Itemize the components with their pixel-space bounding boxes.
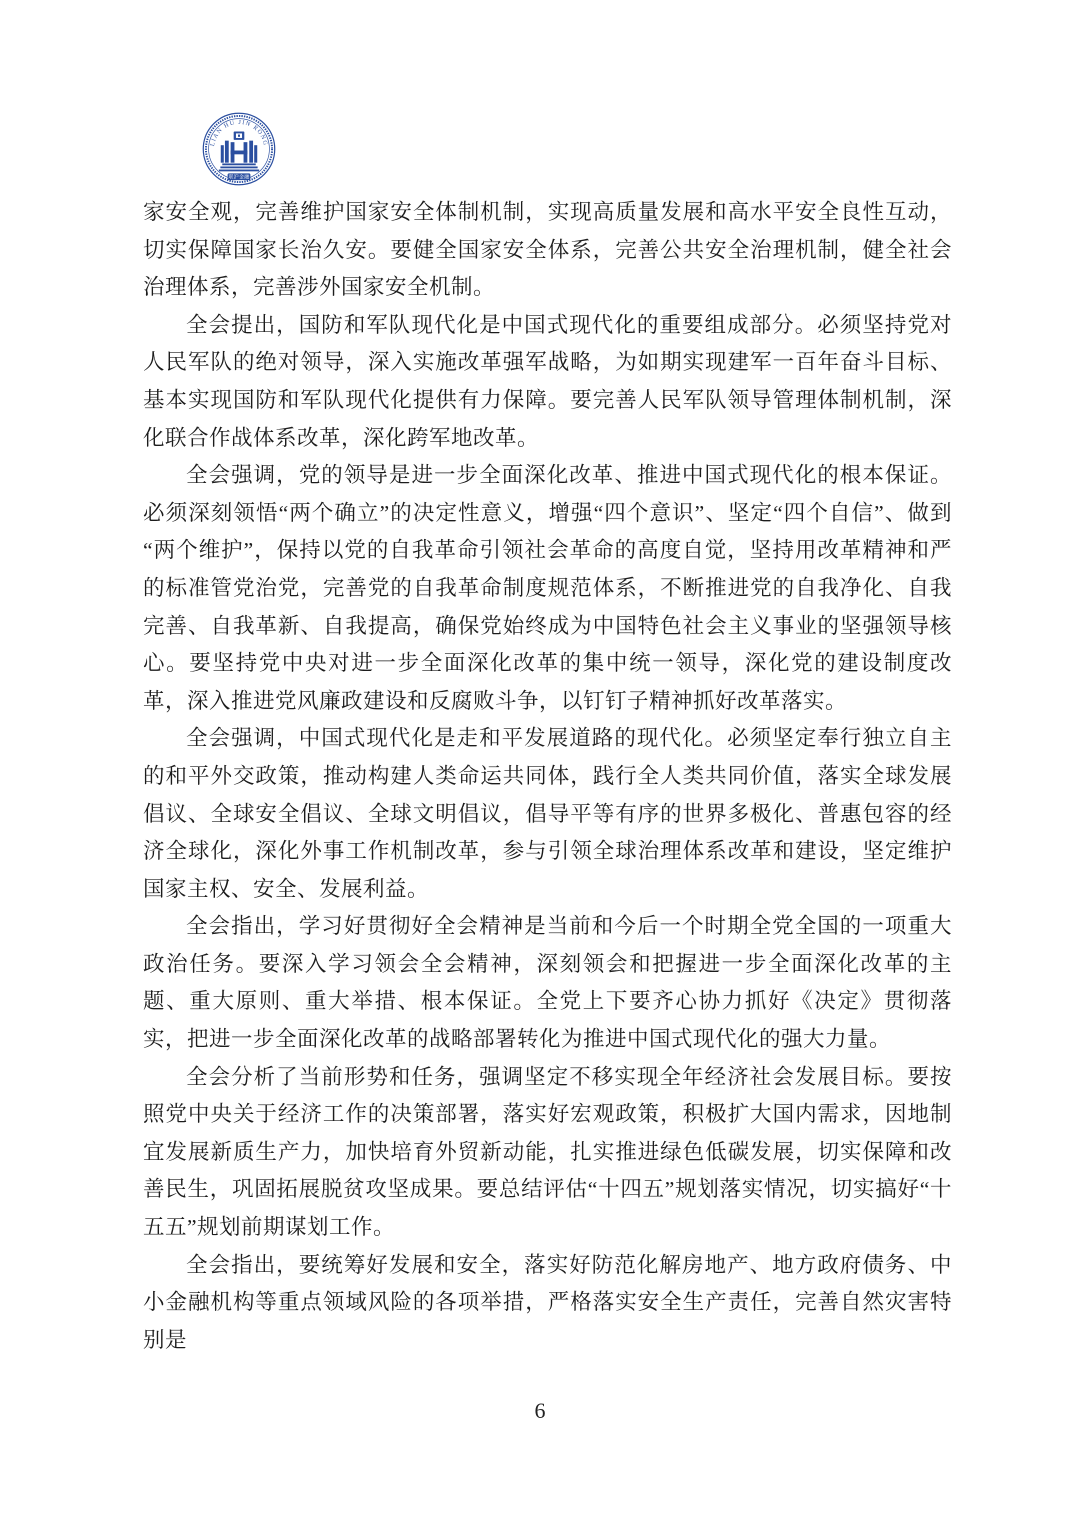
paragraph-continuation: 家安全观，完善维护国家安全体制机制，实现高质量发展和高水平安全良性互动，切实保障… — [143, 194, 952, 307]
paragraph-development-security: 全会指出，要统筹好发展和安全，落实好防范化解房地产、地方政府债务、中小金融机构等… — [143, 1247, 952, 1360]
document-body: 家安全观，完善维护国家安全体制机制，实现高质量发展和高水平安全良性互动，切实保障… — [143, 194, 952, 1359]
paragraph-economic-targets: 全会分析了当前形势和任务，强调坚定不移实现全年经济社会发展目标。要按照党中央关于… — [143, 1059, 952, 1247]
document-page: LIAN HU JIN RONG — [0, 0, 1080, 1527]
page-number: 6 — [0, 1398, 1080, 1424]
logo-emblem-icon: LIAN HU JIN RONG — [201, 109, 277, 189]
organization-logo: LIAN HU JIN RONG — [201, 109, 277, 189]
paragraph-military-modernization: 全会提出，国防和军队现代化是中国式现代化的重要组成部分。必须坚持党对人民军队的绝… — [143, 307, 952, 457]
paragraph-study-plenum-spirit: 全会指出，学习好贯彻好全会精神是当前和今后一个时期全党全国的一项重大政治任务。要… — [143, 908, 952, 1058]
paragraph-party-leadership: 全会强调，党的领导是进一步全面深化改革、推进中国式现代化的根本保证。必须深刻领悟… — [143, 457, 952, 720]
paragraph-peaceful-development: 全会强调，中国式现代化是走和平发展道路的现代化。必须坚定奉行独立自主的和平外交政… — [143, 720, 952, 908]
